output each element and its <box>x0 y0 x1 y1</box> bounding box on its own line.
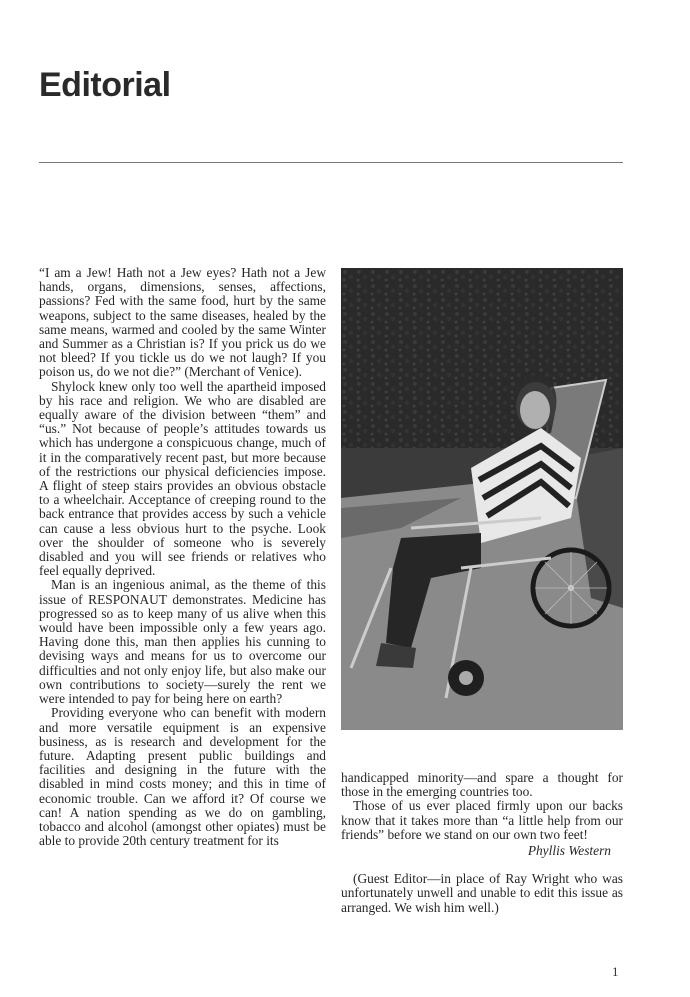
editor-note: (Guest Editor—in place of Ray Wright who… <box>341 872 623 915</box>
body-paragraph: Those of us ever placed firmly upon our … <box>341 799 623 842</box>
body-paragraph: Shylock knew only too well the apartheid… <box>39 380 326 579</box>
body-paragraph: Man is an ingenious animal, as the theme… <box>39 578 326 706</box>
left-column: “I am a Jew! Hath not a Jew eyes? Hath n… <box>39 266 326 848</box>
title-divider <box>39 162 623 163</box>
body-paragraph-continuation: handicapped minority—and spare a thought… <box>341 771 623 799</box>
author-signature: Phyllis Western <box>341 844 623 858</box>
body-paragraph: Providing everyone who can benefit with … <box>39 706 326 848</box>
page-number: 1 <box>612 964 619 980</box>
wheelchair-photo <box>341 268 623 730</box>
page-title: Editorial <box>39 66 171 105</box>
right-column: handicapped minority—and spare a thought… <box>341 771 623 915</box>
photo-image <box>341 268 623 730</box>
quote-paragraph: “I am a Jew! Hath not a Jew eyes? Hath n… <box>39 266 326 380</box>
